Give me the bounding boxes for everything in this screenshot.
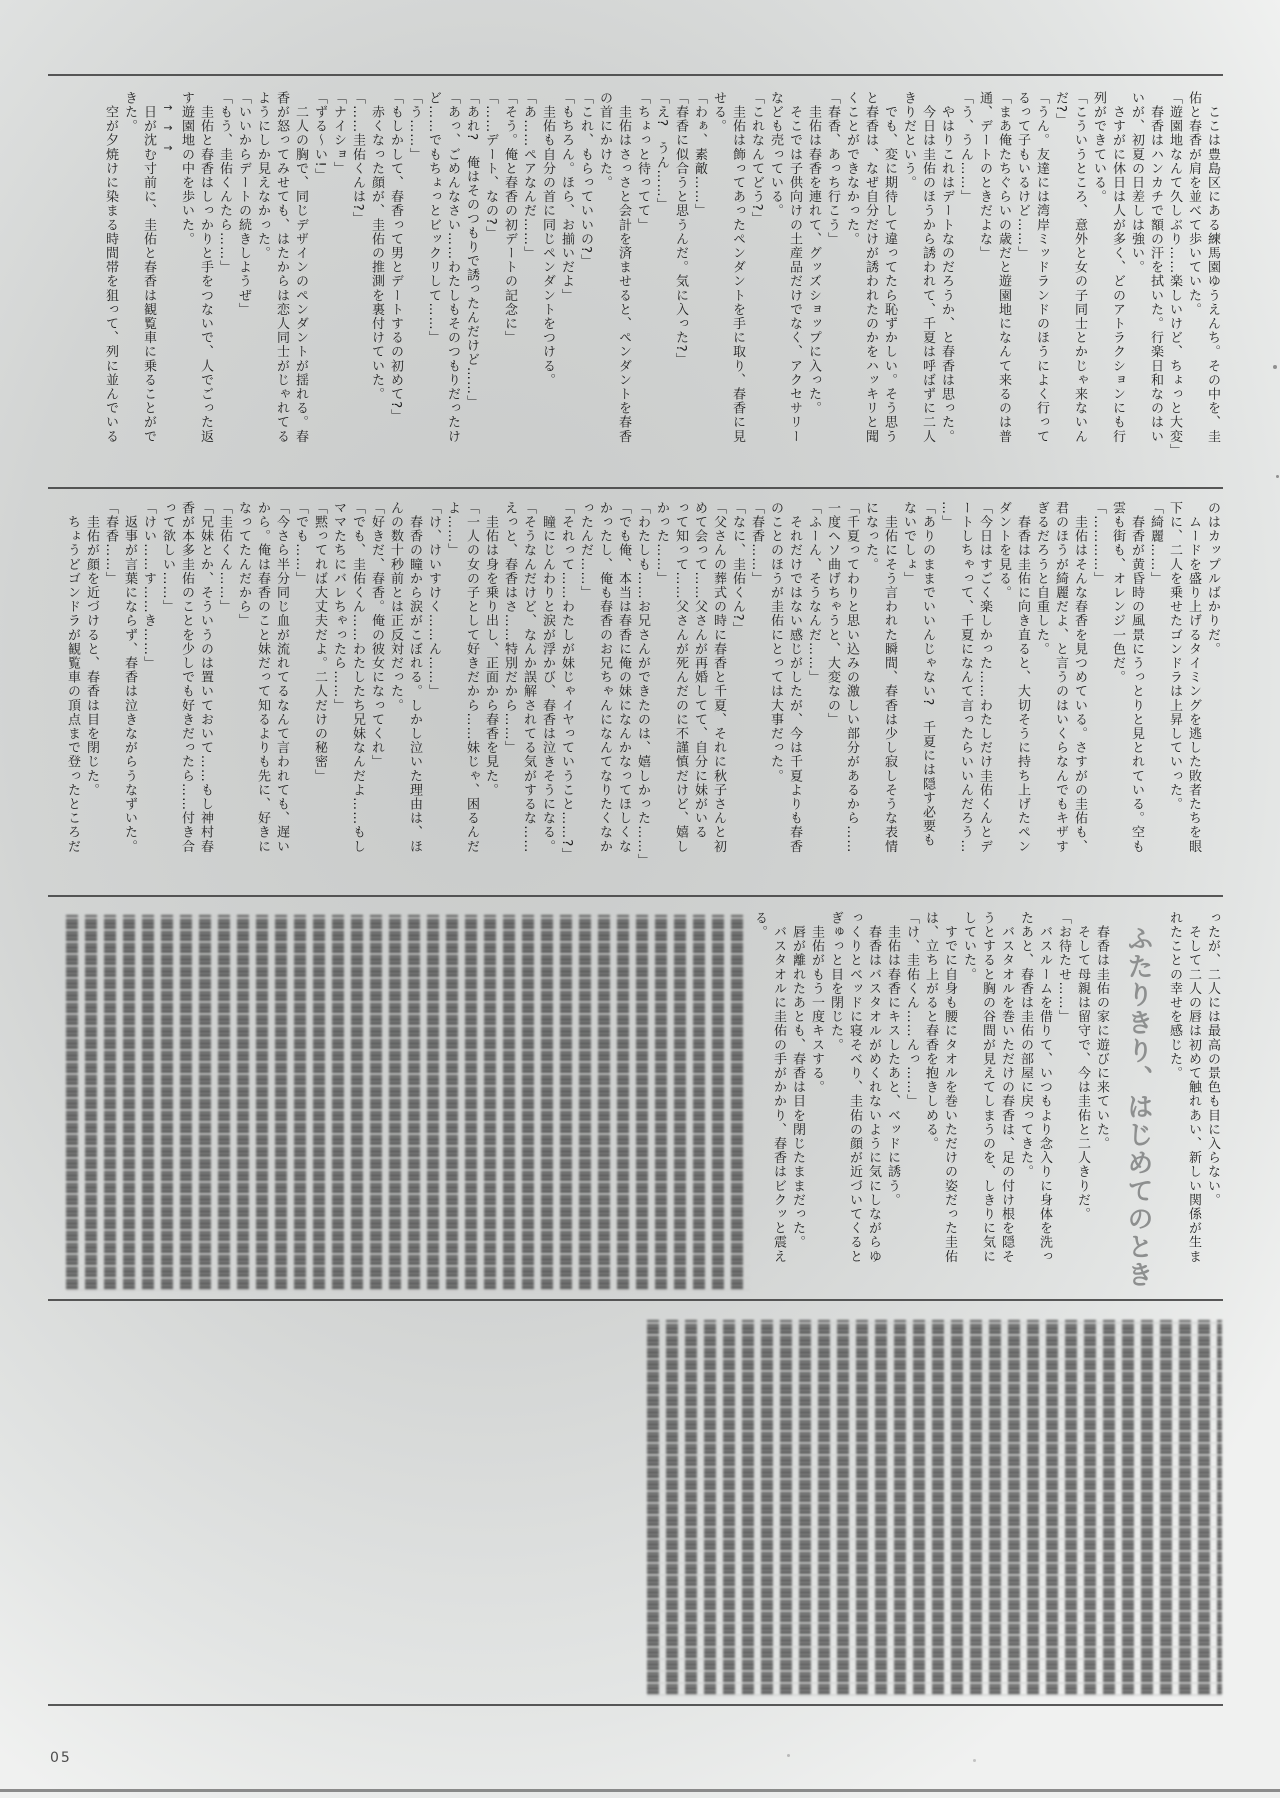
text-band-3: ったが、二人には最高の景色も目に入らない。 そして二人の唇は初めて触れあい、新し… [60,911,1222,1295]
text-band-4 [60,1316,1222,1700]
scan-speck [973,1759,976,1762]
band2-text: のはカップルばかりだ。 ムードを盛り上げるタイミングを逃した敗者たちを眼 下に、… [63,501,1222,885]
page-number: 05 [50,1750,72,1766]
chapter-title: ふたりきり、はじめてのとき [1111,911,1165,1309]
horizontal-rule-3 [48,895,1223,897]
scanned-page: ここは豊島区にある練馬園ゆうえんち。その中を、圭 佑と春香が肩を並べて歩いていた… [0,0,1280,1798]
band1-text-part2: 日が沈む寸前に、圭佑と春香は観覧車に乗ることがで きた。 空が夕焼けに染まる時間… [101,91,158,475]
horizontal-rule-4 [48,1299,1223,1301]
horizontal-rule-2 [48,487,1223,489]
scan-speck [1273,365,1277,369]
horizontal-rule-5 [48,1704,1223,1706]
band3-body-text: 春香は圭佑の家に遊びに来ていた。 そして母親は留守で、今は圭佑と二人きりだ。 「… [750,911,1111,1295]
scan-speck [1276,475,1279,478]
scene-break-arrows: ↑↑↑ [158,91,177,487]
band1-text-part1: ここは豊島区にある練馬園ゆうえんち。その中を、圭 佑と春香が肩を並べて歩いていた… [177,91,1222,475]
text-band-2: のはカップルばかりだ。 ムードを盛り上げるタイミングを逃した敗者たちを眼 下に、… [60,501,1222,885]
scan-speck [787,1754,790,1757]
band4-unreadable-text-block [647,1320,1222,1696]
horizontal-rule-1 [48,74,1223,76]
band3-unreadable-text-block [66,915,750,1291]
scan-bottom-edge [0,1789,1280,1792]
band3-opening-text: ったが、二人には最高の景色も目に入らない。 そして二人の唇は初めて触れあい、新し… [1165,911,1222,1295]
text-band-1: ここは豊島区にある練馬園ゆうえんち。その中を、圭 佑と春香が肩を並べて歩いていた… [60,91,1222,475]
